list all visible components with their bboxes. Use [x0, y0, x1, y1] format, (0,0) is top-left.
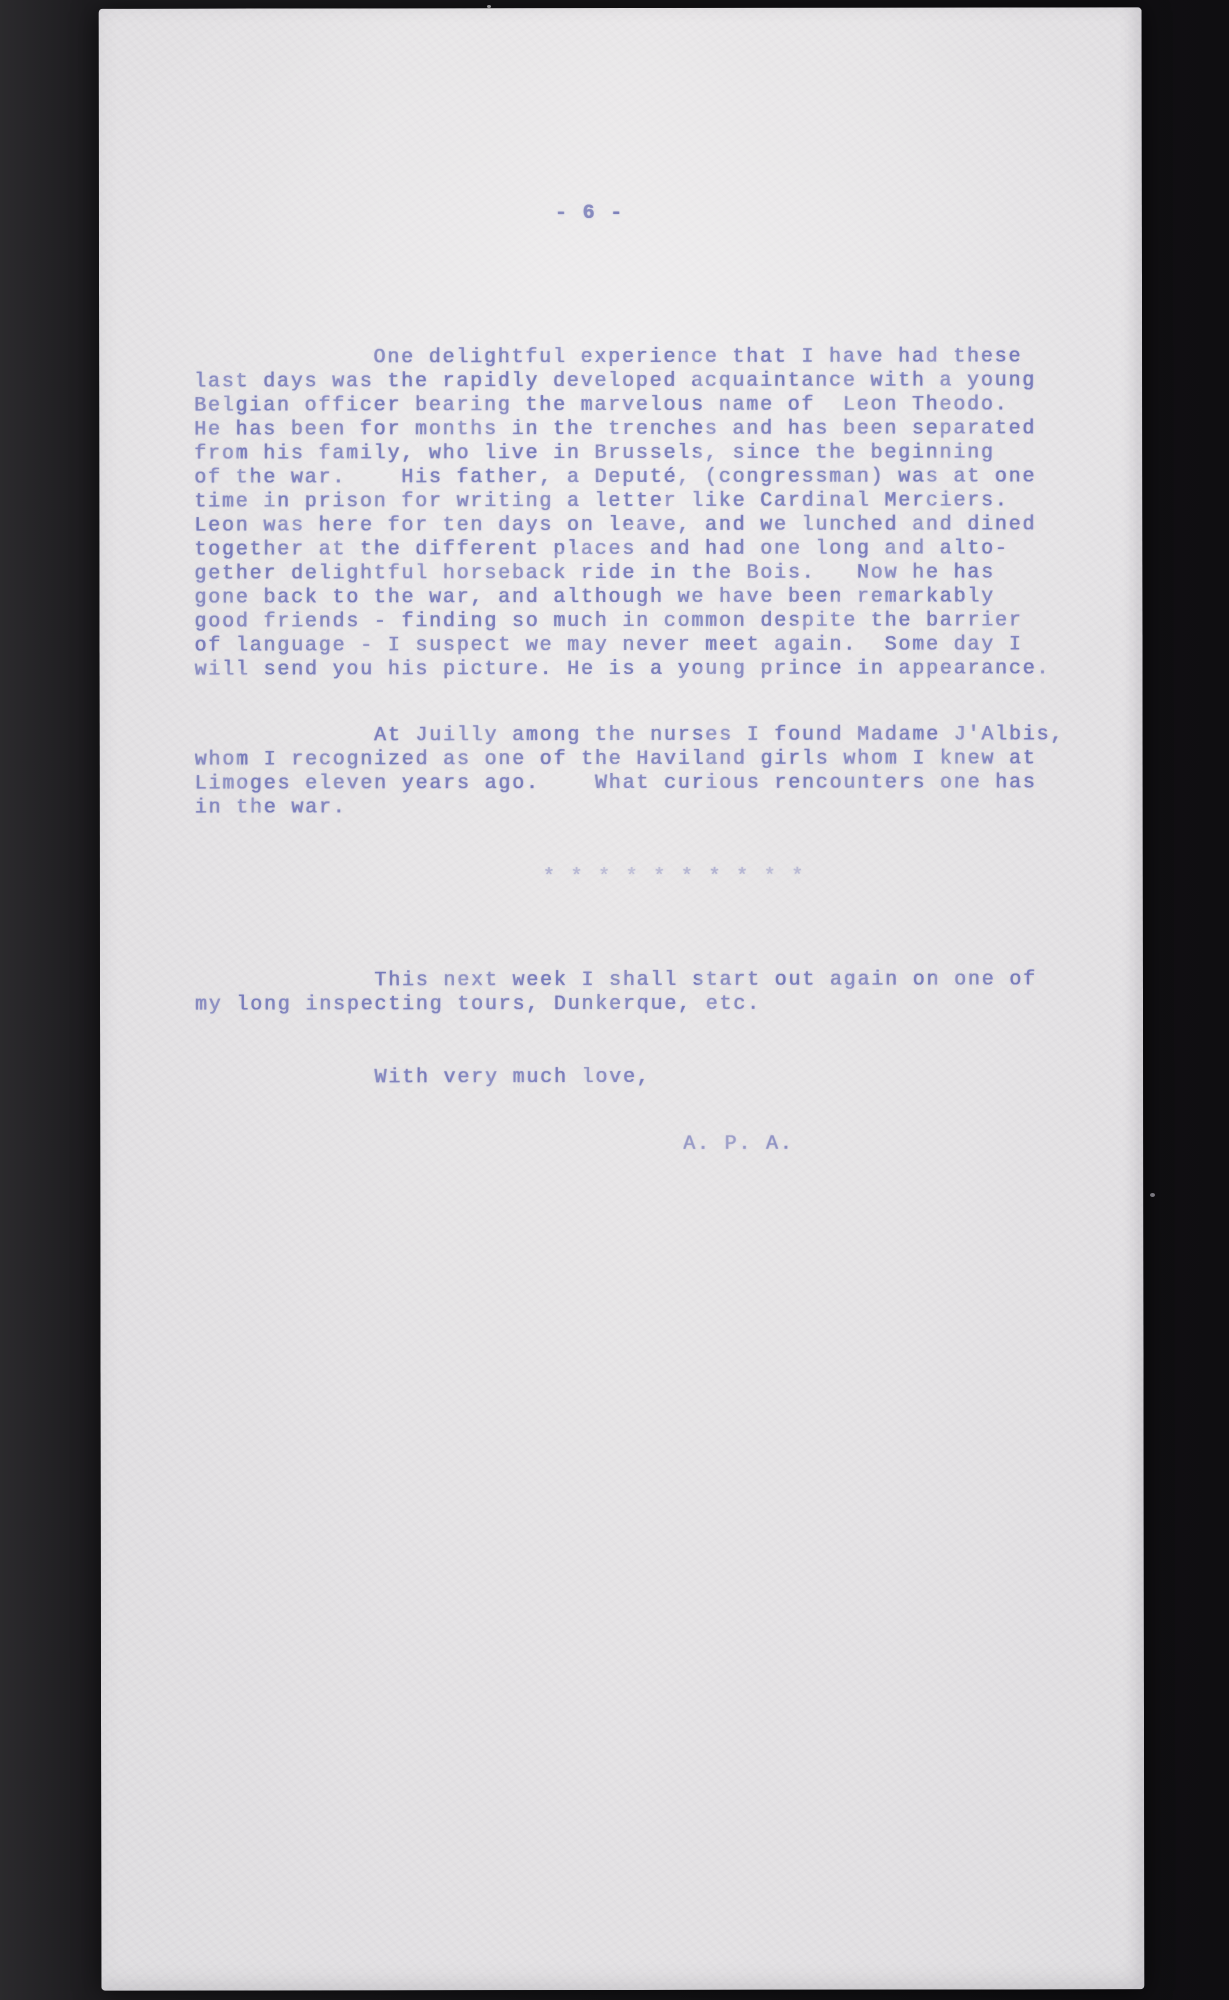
text-line: One delightful experience that I have ha… — [194, 345, 1050, 370]
text-line: in the war. — [195, 795, 1065, 820]
closing-line: With very much love, — [195, 1066, 651, 1091]
text-line: of language - I suspect we may never mee… — [194, 633, 1050, 658]
page-number: - 6 - — [555, 202, 624, 226]
text-line: of the war. His father, a Deputé, (congr… — [194, 465, 1050, 490]
text-line: good friends - finding so much in common… — [194, 609, 1050, 634]
text-line: will send you his picture. He is a young… — [195, 657, 1051, 682]
text-line: Limoges eleven years ago. What curious r… — [195, 771, 1065, 796]
text-line: This next week I shall start out again o… — [195, 968, 1037, 993]
paragraph-1: One delightful experience that I have ha… — [194, 345, 1050, 682]
text-line: He has been for months in the trenches a… — [194, 417, 1050, 442]
text-line: Leon was here for ten days on leave, and… — [194, 513, 1050, 538]
signature-initials: A. P. A. — [683, 1133, 793, 1157]
dust-speck — [1150, 1193, 1155, 1197]
text-line: whom I recognized as one of the Haviland… — [195, 747, 1065, 772]
text-line: Belgian officer bearing the marvelous na… — [194, 393, 1050, 418]
text-line: gone back to the war, and although we ha… — [194, 585, 1050, 610]
scan-background: - 6 - One delightful experience that I h… — [0, 0, 1229, 2000]
text-line: time in prison for writing a letter like… — [194, 489, 1050, 514]
text-line: my long inspecting tours, Dunkerque, etc… — [195, 992, 1037, 1017]
text-line: last days was the rapidly developed acqu… — [194, 369, 1050, 394]
text-line: together at the different places and had… — [194, 537, 1050, 562]
paragraph-2: At Juilly among the nurses I found Madam… — [195, 723, 1065, 820]
letter-page: - 6 - One delightful experience that I h… — [99, 7, 1145, 1990]
asterisk-separator: * * * * * * * * * * — [543, 866, 805, 890]
text-line: from his family, who live in Brussels, s… — [194, 441, 1050, 466]
text-line: gether delightful horseback ride in the … — [194, 561, 1050, 586]
text-line: At Juilly among the nurses I found Madam… — [195, 723, 1065, 748]
paragraph-3: This next week I shall start out again o… — [195, 968, 1037, 1017]
